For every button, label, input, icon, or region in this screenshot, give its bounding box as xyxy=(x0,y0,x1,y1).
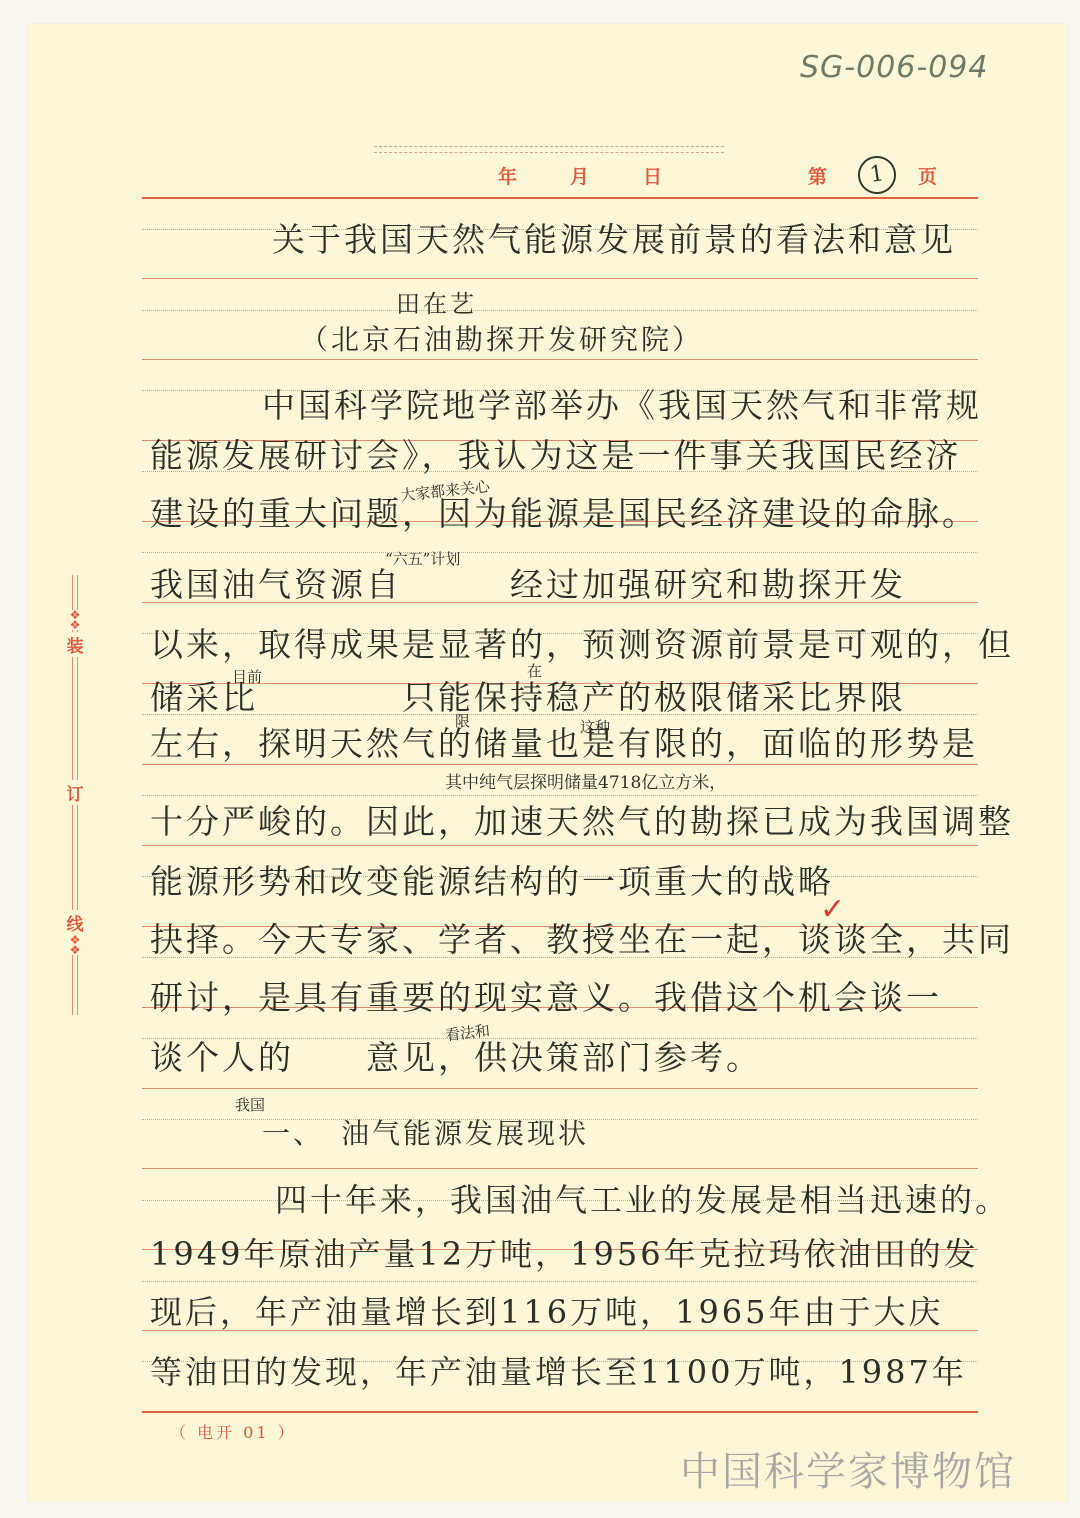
rule-line xyxy=(142,845,978,846)
annotation: 限 xyxy=(455,710,470,731)
body-line: 能源发展研讨会》，我认为这是一件事关我国民经济 xyxy=(150,434,985,478)
rule-line-dotted xyxy=(142,552,978,553)
document-title: 关于我国天然气能源发展前景的看法和意见 xyxy=(272,218,1080,262)
rule-line-thick xyxy=(142,1411,978,1413)
day-label: 日 xyxy=(643,162,662,189)
annotation-insert: 其中纯气层探明储量4718亿立方米， xyxy=(445,768,726,793)
body-line: 十分严峻的。因此，加速天然气的勘探已成为我国调整 xyxy=(150,800,985,844)
body-line: 抉择。今天专家、学者、教授坐在一起，谈谈全，共同 xyxy=(150,918,985,962)
body-line: 能源形势和改变能源结构的一项重大的战略 xyxy=(150,860,985,904)
author-affiliation: （北京石油勘探开发研究院） xyxy=(300,318,1080,362)
body-line: 谈个人的 意见，供决策部门参考。 xyxy=(150,1036,985,1080)
binding-label-zhuang: 装 xyxy=(64,632,86,657)
body-line: 1949年原油产量12万吨，1956年克拉玛依油田的发 xyxy=(150,1232,985,1276)
rule-line-dotted xyxy=(142,1281,978,1282)
binding-ornament: ❖❖ xyxy=(66,935,84,955)
rule-line xyxy=(142,1168,978,1169)
annotation: 目前 xyxy=(232,666,262,687)
binding-label-ding: 订 xyxy=(64,780,86,805)
month-label: 月 xyxy=(570,162,589,189)
header-top-rule xyxy=(374,146,724,147)
form-code: （ 电开 01 ） xyxy=(170,1420,297,1443)
body-line: 四十年来，我国油气工业的发展是相当迅速的。 xyxy=(170,1178,1005,1222)
year-label: 年 xyxy=(498,162,517,189)
red-check-mark-icon: ✓ xyxy=(820,892,845,927)
binding-label-xian: 线 xyxy=(64,910,86,935)
body-line: 建设的重大问题，因为能源是国民经济建设的命脉。 xyxy=(150,492,985,536)
annotation: “六五”计划 xyxy=(385,548,460,569)
page-prefix: 第 xyxy=(808,162,827,189)
body-line: 储采比 只能保持稳产的极限储采比界限 xyxy=(150,676,985,720)
binding-ornament: ❖❖ xyxy=(66,610,84,630)
rule-line xyxy=(142,1088,978,1089)
page-suffix: 页 xyxy=(918,162,937,189)
body-line: 我国油气资源自 经过加强研究和勘探开发 xyxy=(150,563,985,607)
annotation: 我国 xyxy=(235,1094,265,1115)
rule-line-thick xyxy=(142,197,978,199)
body-line: 现后，年产油量增长到116万吨，1965年由于大庆 xyxy=(150,1290,985,1334)
form-header: 年 月 日 第 页 xyxy=(0,162,1080,192)
header-top-rule xyxy=(374,152,724,153)
body-line: 研讨，是具有重要的现实意义。我借这个机会谈一 xyxy=(150,976,985,1020)
archive-id: SG-006-094 xyxy=(800,50,988,85)
rule-line-dotted xyxy=(142,795,978,796)
section-heading: 一、 油气能源发展现状 xyxy=(200,1112,1035,1156)
museum-watermark: 中国科学家博物馆 xyxy=(680,1440,1016,1497)
annotation: 在 xyxy=(527,660,542,681)
body-line: 左右，探明天然气的储量也是有限的，面临的形势是 xyxy=(150,722,985,766)
annotation: 这种 xyxy=(580,716,610,737)
body-line: 中国科学院地学部举办《我国天然气和非常规 xyxy=(262,384,1080,428)
rule-line xyxy=(142,278,978,279)
body-line: 等油田的发现，年产油量增长至1100万吨，1987年 xyxy=(150,1350,985,1394)
body-line: 以来，取得成果是显著的，预测资源前景是可观的，但 xyxy=(150,623,985,667)
